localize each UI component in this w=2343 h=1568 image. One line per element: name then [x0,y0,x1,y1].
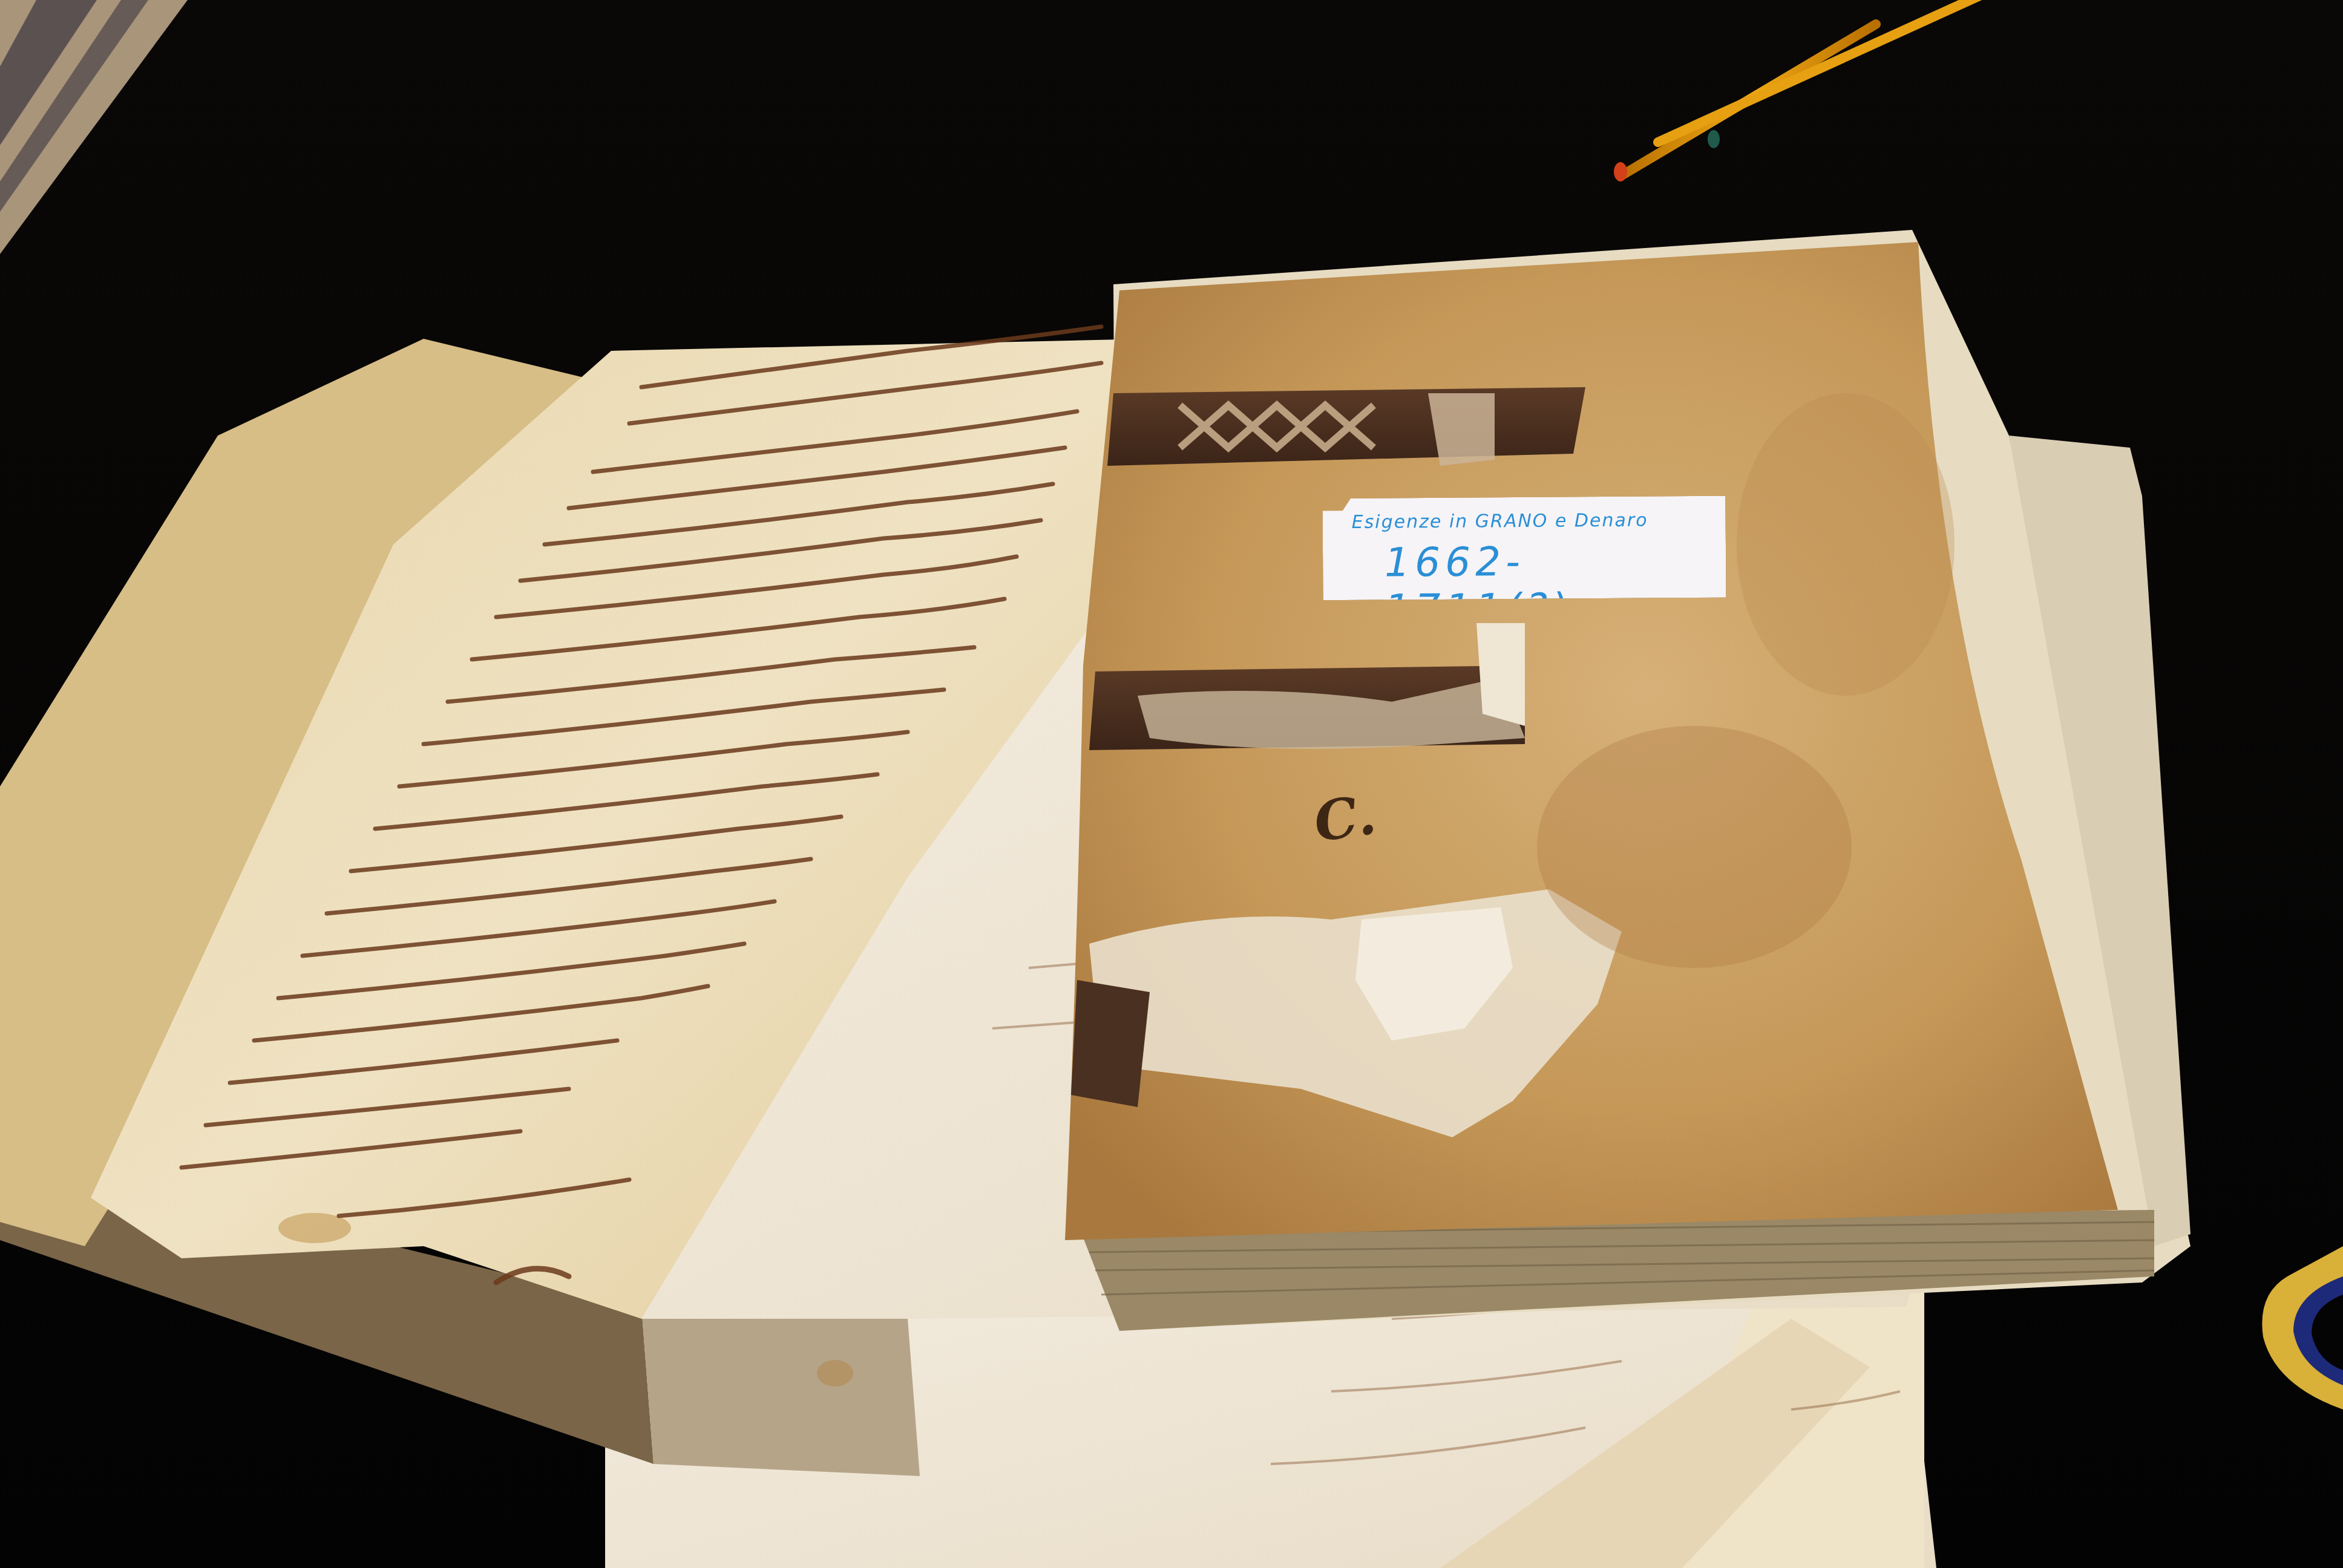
photo-scene: Esigenze in GRANO e Denaro 1662- 1711(?)… [0,0,2343,1568]
leather-strap-stub [1071,980,1150,1107]
pencil-eraser-green [1708,130,1720,148]
archival-label: Esigenze in GRANO e Denaro 1662- 1711(?) [1322,496,1726,601]
scene-graphics [0,0,2343,1568]
cover-mark: C. [1310,782,1380,854]
label-title: Esigenze in GRANO e Denaro [1352,510,1648,533]
pencil-eraser-red [1614,162,1627,181]
